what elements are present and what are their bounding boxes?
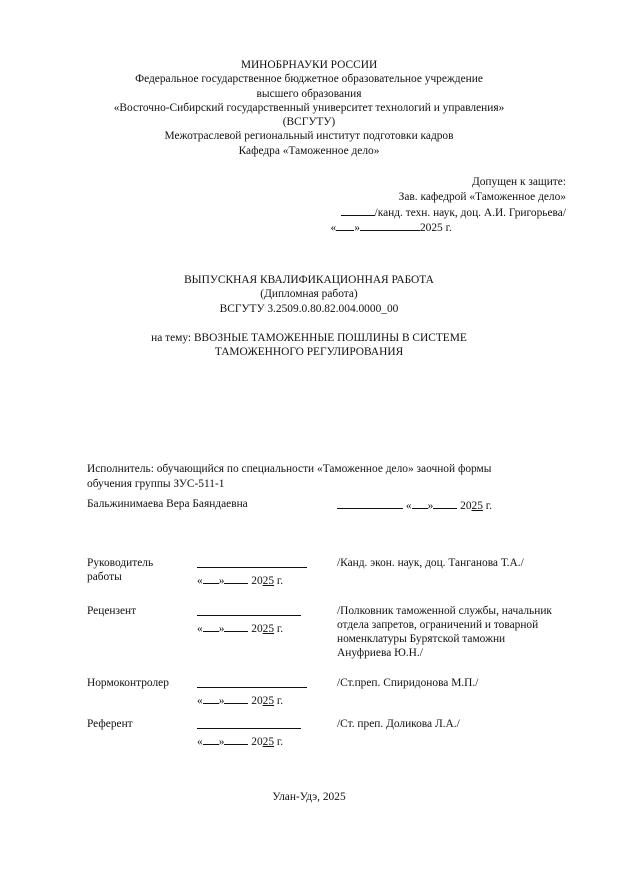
approval-block: Допущен к защите: Зав. кафедрой «Таможен…: [341, 175, 566, 233]
signatory-role: Руководитель работы: [87, 556, 153, 584]
approval-signature-line: /канд. техн. наук, доц. А.И. Григорьева/: [341, 204, 566, 219]
month-blank[interactable]: [224, 692, 248, 704]
topic-line-2: ТАМОЖЕННОГО РЕГУЛИРОВАНИЯ: [0, 345, 618, 359]
signature-blank[interactable]: [337, 497, 403, 509]
day-blank[interactable]: [412, 497, 428, 509]
signatory-role: Референт: [87, 717, 133, 731]
signatory-person: /Полковник таможенной службы, начальник …: [337, 604, 552, 660]
executor-block: Исполнитель: обучающийся по специальност…: [87, 462, 491, 491]
signature-blank[interactable]: [197, 717, 301, 729]
approval-head-of-dept: Зав. кафедрой «Таможенное дело»: [341, 190, 566, 205]
department-name: Кафедра «Таможенное дело»: [0, 144, 618, 158]
institution-type: Федеральное государственное бюджетное об…: [0, 72, 618, 86]
work-subtype: (Дипломная работа): [0, 287, 618, 301]
day-blank[interactable]: [203, 620, 219, 632]
university-name: «Восточно-Сибирский государственный унив…: [0, 101, 618, 115]
approval-date: «»2025 г.: [331, 219, 566, 234]
executor-name: Бальжинимаева Вера Баяндаевна: [87, 497, 248, 511]
ministry-name: МИНОБРНАУКИ РОССИИ: [0, 58, 618, 72]
city-year: Улан-Удэ, 2025: [0, 790, 618, 804]
signatory-sign-date: «» 2025 г.: [197, 604, 301, 636]
month-blank[interactable]: [433, 497, 457, 509]
signatory-sign-date: «» 2025 г.: [197, 717, 301, 749]
signatory-person: /Ст. преп. Доликова Л.А./: [337, 717, 460, 731]
day-blank[interactable]: [336, 219, 354, 231]
month-blank[interactable]: [224, 620, 248, 632]
approval-heading: Допущен к защите:: [341, 175, 566, 190]
day-blank[interactable]: [203, 733, 219, 745]
signatory-person: /Ст.преп. Спиридонова М.П./: [337, 676, 478, 690]
signatory-sign-date: «» 2025 г.: [197, 556, 307, 588]
topic-block: на тему: ВВОЗНЫЕ ТАМОЖЕННЫЕ ПОШЛИНЫ В СИ…: [0, 331, 618, 360]
month-blank[interactable]: [224, 572, 248, 584]
institution-header: МИНОБРНАУКИ РОССИИ Федеральное государст…: [0, 58, 618, 158]
work-type: ВЫПУСКНАЯ КВАЛИФИКАЦИОННАЯ РАБОТА: [0, 273, 618, 287]
signature-blank[interactable]: [197, 604, 301, 616]
month-blank[interactable]: [224, 733, 248, 745]
signatory-sign-date: «» 2025 г.: [197, 676, 307, 708]
work-title-block: ВЫПУСКНАЯ КВАЛИФИКАЦИОННАЯ РАБОТА (Дипло…: [0, 273, 618, 316]
executor-description: Исполнитель: обучающийся по специальност…: [87, 462, 491, 477]
executor-signature-date: «» 2025 г.: [337, 497, 492, 513]
university-abbr: (ВСГУТУ): [0, 115, 618, 129]
month-blank[interactable]: [360, 219, 420, 231]
work-code: ВСГУТУ 3.2509.0.80.82.004.0000_00: [0, 302, 618, 316]
institute-name: Межотраслевой региональный институт подг…: [0, 129, 618, 143]
signature-blank[interactable]: [197, 556, 307, 568]
signature-blank[interactable]: [341, 204, 375, 216]
signature-blank[interactable]: [197, 676, 307, 688]
signatory-role: Нормоконтролер: [87, 676, 169, 690]
signatory-role: Рецензент: [87, 604, 136, 618]
day-blank[interactable]: [203, 572, 219, 584]
signatory-person: /Канд. экон. наук, доц. Танганова Т.А./: [337, 556, 524, 570]
executor-group: обучения группы ЗУС-511-1: [87, 477, 491, 492]
topic-line-1: на тему: ВВОЗНЫЕ ТАМОЖЕННЫЕ ПОШЛИНЫ В СИ…: [0, 331, 618, 345]
institution-type-cont: высшего образования: [0, 87, 618, 101]
day-blank[interactable]: [203, 692, 219, 704]
